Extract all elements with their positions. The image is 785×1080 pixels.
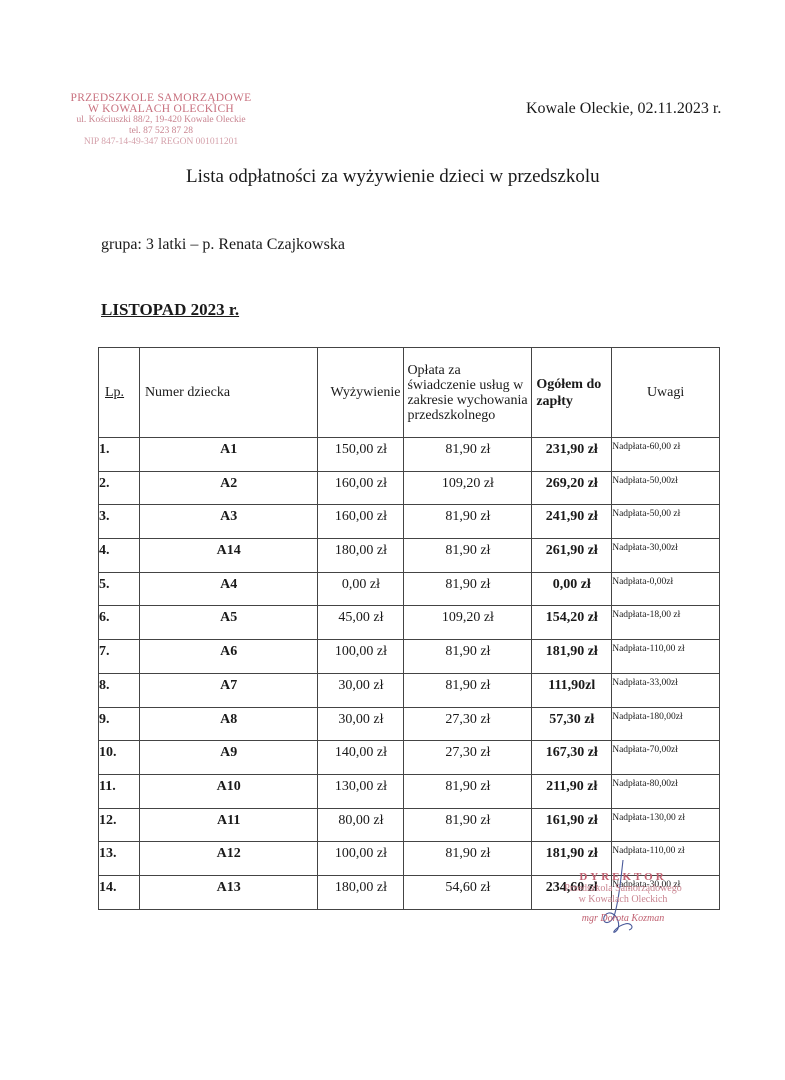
table-row: 10.A9140,00 zł27,30 zł167,30 złNadpłata-… bbox=[99, 741, 720, 775]
row-service-fee: 54,60 zł bbox=[404, 875, 532, 909]
row-service-fee: 81,90 zł bbox=[404, 640, 532, 674]
table-row: 7.A6100,00 zł81,90 zł181,90 złNadpłata-1… bbox=[99, 640, 720, 674]
row-note: Nadpłata-50,00zł bbox=[612, 471, 720, 505]
row-meal: 0,00 zł bbox=[318, 572, 404, 606]
row-total: 181,90 zł bbox=[532, 640, 612, 674]
table-row: 8.A730,00 zł81,90 zł111,90zlNadpłata-33,… bbox=[99, 673, 720, 707]
row-lp: 13. bbox=[99, 842, 140, 876]
row-note: Nadpłata-60,00 zł bbox=[612, 438, 720, 472]
row-child-number: A7 bbox=[139, 673, 318, 707]
row-total: 57,30 zł bbox=[532, 707, 612, 741]
row-total: 167,30 zł bbox=[532, 741, 612, 775]
header-lp: Lp. bbox=[99, 348, 140, 438]
row-lp: 11. bbox=[99, 774, 140, 808]
stamp-ids: NIP 847-14-49-347 REGON 001011201 bbox=[56, 137, 266, 148]
row-meal: 140,00 zł bbox=[318, 741, 404, 775]
row-meal: 100,00 zł bbox=[318, 842, 404, 876]
row-child-number: A9 bbox=[139, 741, 318, 775]
table-row: 5.A40,00 zł81,90 zł0,00 złNadpłata-0,00z… bbox=[99, 572, 720, 606]
row-service-fee: 81,90 zł bbox=[404, 505, 532, 539]
row-meal: 100,00 zł bbox=[318, 640, 404, 674]
row-lp: 8. bbox=[99, 673, 140, 707]
row-service-fee: 109,20 zł bbox=[404, 471, 532, 505]
row-note: Nadpłata-80,00zł bbox=[612, 774, 720, 808]
row-child-number: A2 bbox=[139, 471, 318, 505]
table-row: 1.A1150,00 zł81,90 zł231,90 złNadpłata-6… bbox=[99, 438, 720, 472]
row-total: 269,20 zł bbox=[532, 471, 612, 505]
header-child-number: Numer dziecka bbox=[139, 348, 318, 438]
row-child-number: A5 bbox=[139, 606, 318, 640]
row-meal: 130,00 zł bbox=[318, 774, 404, 808]
stamp-line-2: W KOWALACH OLECKICH bbox=[56, 104, 266, 115]
group-info: grupa: 3 latki – p. Renata Czajkowska bbox=[101, 236, 345, 254]
table-row: 9.A830,00 zł27,30 zł57,30 złNadpłata-180… bbox=[99, 707, 720, 741]
row-meal: 150,00 zł bbox=[318, 438, 404, 472]
director-stamp: DYREKTOR Przedszkola Samorządowego w Kow… bbox=[548, 872, 698, 924]
header-notes: Uwagi bbox=[612, 348, 720, 438]
row-lp: 10. bbox=[99, 741, 140, 775]
row-note: Nadpłata-180,00zł bbox=[612, 707, 720, 741]
row-total: 231,90 zł bbox=[532, 438, 612, 472]
row-meal: 160,00 zł bbox=[318, 505, 404, 539]
row-meal: 30,00 zł bbox=[318, 707, 404, 741]
row-total: 211,90 zł bbox=[532, 774, 612, 808]
row-note: Nadpłata-18,00 zł bbox=[612, 606, 720, 640]
row-service-fee: 81,90 zł bbox=[404, 673, 532, 707]
row-service-fee: 81,90 zł bbox=[404, 774, 532, 808]
row-meal: 45,00 zł bbox=[318, 606, 404, 640]
stamp-address: ul. Kościuszki 88/2, 19-420 Kowale Oleck… bbox=[56, 115, 266, 126]
row-child-number: A8 bbox=[139, 707, 318, 741]
row-child-number: A10 bbox=[139, 774, 318, 808]
row-child-number: A11 bbox=[139, 808, 318, 842]
row-note: Nadpłata-130,00 zł bbox=[612, 808, 720, 842]
row-note: Nadpłata-0,00zł bbox=[612, 572, 720, 606]
row-service-fee: 27,30 zł bbox=[404, 707, 532, 741]
table-row: 3.A3160,00 zł81,90 zł241,90 złNadpłata-5… bbox=[99, 505, 720, 539]
row-lp: 3. bbox=[99, 505, 140, 539]
row-lp: 2. bbox=[99, 471, 140, 505]
institution-stamp: PRZEDSZKOLE SAMORZĄDOWE W KOWALACH OLECK… bbox=[56, 93, 266, 148]
row-note: Nadpłata-50,00 zł bbox=[612, 505, 720, 539]
row-service-fee: 81,90 zł bbox=[404, 842, 532, 876]
row-total: 0,00 zł bbox=[532, 572, 612, 606]
header-service-fee: Opłata za świadczenie usług w zakresie w… bbox=[404, 348, 532, 438]
row-service-fee: 27,30 zł bbox=[404, 741, 532, 775]
row-lp: 9. bbox=[99, 707, 140, 741]
director-location: w Kowalach Oleckich bbox=[548, 894, 698, 905]
table-header-row: Lp. Numer dziecka Wyżywienie Opłata za ś… bbox=[99, 348, 720, 438]
row-service-fee: 81,90 zł bbox=[404, 438, 532, 472]
header-meal: Wyżywienie bbox=[318, 348, 404, 438]
row-child-number: A14 bbox=[139, 539, 318, 573]
director-title: DYREKTOR bbox=[548, 872, 698, 883]
document-title: Lista odpłatności za wyżywienie dzieci w… bbox=[186, 166, 600, 188]
place-date: Kowale Oleckie, 02.11.2023 r. bbox=[526, 100, 721, 118]
row-meal: 80,00 zł bbox=[318, 808, 404, 842]
director-institution: Przedszkola Samorządowego bbox=[548, 883, 698, 894]
row-service-fee: 81,90 zł bbox=[404, 572, 532, 606]
row-note: Nadpłata-70,00zł bbox=[612, 741, 720, 775]
row-note: Nadpłata-110,00 zł bbox=[612, 640, 720, 674]
row-lp: 4. bbox=[99, 539, 140, 573]
row-lp: 12. bbox=[99, 808, 140, 842]
row-meal: 160,00 zł bbox=[318, 471, 404, 505]
row-lp: 5. bbox=[99, 572, 140, 606]
row-lp: 7. bbox=[99, 640, 140, 674]
row-total: 161,90 zł bbox=[532, 808, 612, 842]
row-lp: 1. bbox=[99, 438, 140, 472]
table-row: 11.A10130,00 zł81,90 zł211,90 złNadpłata… bbox=[99, 774, 720, 808]
row-note: Nadpłata-33,00zł bbox=[612, 673, 720, 707]
row-service-fee: 81,90 zł bbox=[404, 539, 532, 573]
row-total: 241,90 zł bbox=[532, 505, 612, 539]
table-row: 2.A2160,00 zł109,20 zł269,20 złNadpłata-… bbox=[99, 471, 720, 505]
month-heading: LISTOPAD 2023 r. bbox=[101, 300, 239, 320]
row-lp: 6. bbox=[99, 606, 140, 640]
row-total: 154,20 zł bbox=[532, 606, 612, 640]
row-meal: 30,00 zł bbox=[318, 673, 404, 707]
row-child-number: A1 bbox=[139, 438, 318, 472]
row-service-fee: 81,90 zł bbox=[404, 808, 532, 842]
row-total: 261,90 zł bbox=[532, 539, 612, 573]
table-row: 12.A1180,00 zł81,90 zł161,90 złNadpłata-… bbox=[99, 808, 720, 842]
table-row: 4.A14180,00 zł81,90 zł261,90 złNadpłata-… bbox=[99, 539, 720, 573]
row-service-fee: 109,20 zł bbox=[404, 606, 532, 640]
stamp-phone: tel. 87 523 87 28 bbox=[56, 126, 266, 137]
director-name: mgr Dorota Kozman bbox=[548, 913, 698, 924]
fees-table: Lp. Numer dziecka Wyżywienie Opłata za ś… bbox=[98, 347, 720, 910]
row-meal: 180,00 zł bbox=[318, 539, 404, 573]
row-child-number: A4 bbox=[139, 572, 318, 606]
row-meal: 180,00 zł bbox=[318, 875, 404, 909]
header-total: Ogółem do zapłty bbox=[532, 348, 612, 438]
row-child-number: A12 bbox=[139, 842, 318, 876]
row-child-number: A6 bbox=[139, 640, 318, 674]
row-note: Nadpłata-30,00zł bbox=[612, 539, 720, 573]
table-row: 6.A545,00 zł109,20 zł154,20 złNadpłata-1… bbox=[99, 606, 720, 640]
row-child-number: A3 bbox=[139, 505, 318, 539]
row-total: 111,90zl bbox=[532, 673, 612, 707]
row-child-number: A13 bbox=[139, 875, 318, 909]
row-lp: 14. bbox=[99, 875, 140, 909]
